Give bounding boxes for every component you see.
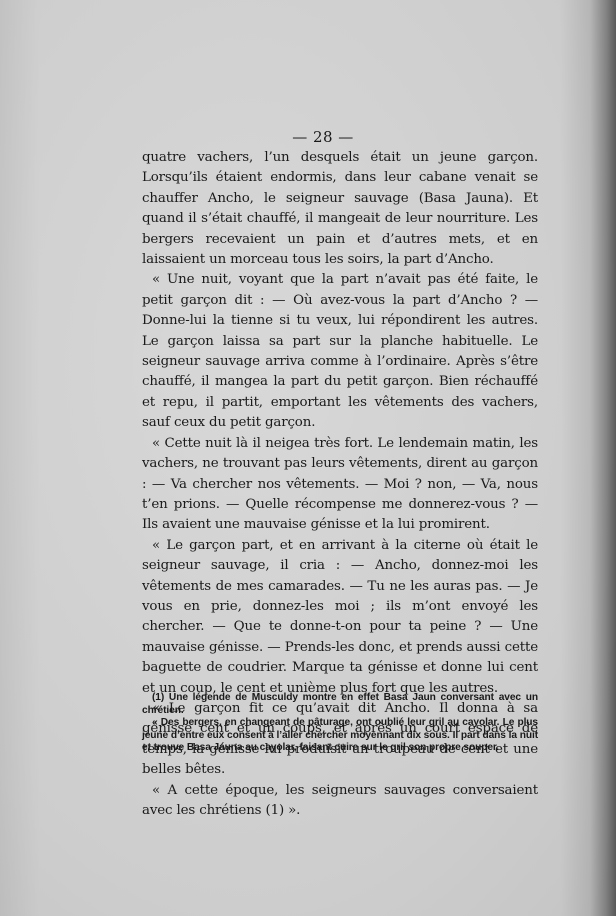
page-number: — 28 — <box>0 128 616 146</box>
footnotes: (1) Une légende de Musculdy montre en ef… <box>142 692 538 755</box>
paragraph: « Une nuit, voyant que la part n’avait p… <box>142 270 538 433</box>
paragraph: « Cette nuit là il neigea très fort. Le … <box>142 434 538 536</box>
paragraph: quatre vachers, l’un desquels était un j… <box>142 148 538 270</box>
paragraph: « Le garçon part, et en arrivant à la ci… <box>142 536 538 699</box>
footnote: « Des bergers, en changeant de pâturage,… <box>142 717 538 755</box>
paragraph: « A cette époque, les seigneurs sauvages… <box>142 781 538 822</box>
footnote: (1) Une légende de Musculdy montre en ef… <box>142 692 538 717</box>
scanned-page: — 28 — quatre vachers, l’un desquels éta… <box>0 0 616 916</box>
